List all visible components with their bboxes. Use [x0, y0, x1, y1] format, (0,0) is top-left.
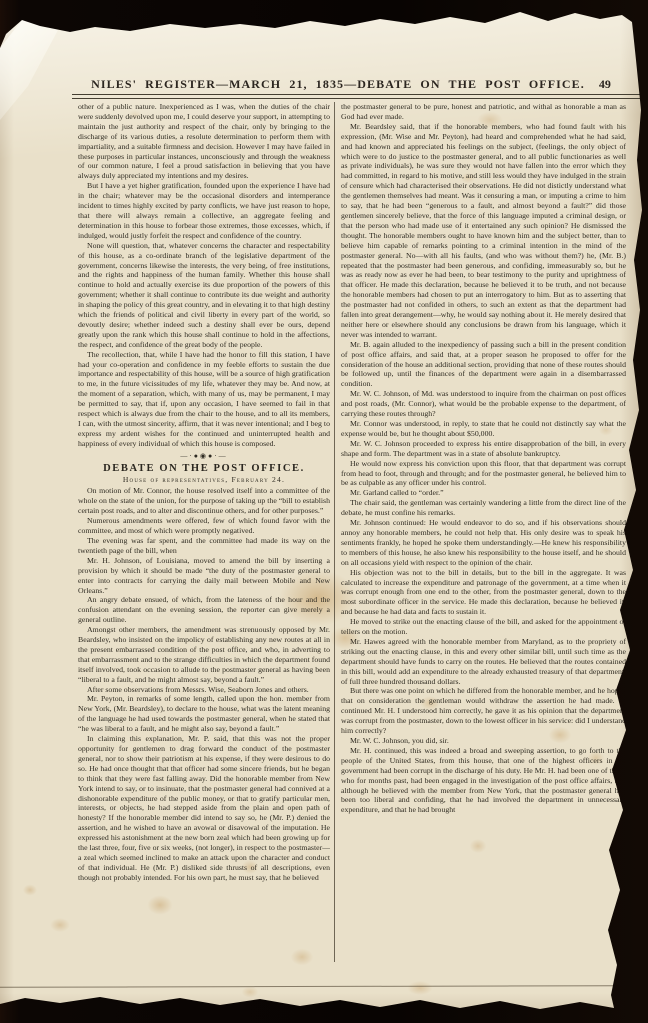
paragraph: Mr. Peyton, in remarks of some length, c…: [78, 694, 330, 734]
article-subheading: House of representatives, February 24.: [78, 475, 330, 485]
paragraph: None will question, that, whatever conce…: [78, 241, 330, 350]
paragraph: But I have a yet higher gratification, f…: [78, 181, 330, 240]
header-rule: [72, 94, 642, 99]
page-number: 49: [599, 77, 611, 91]
ornament-divider: —·●◉●·—: [78, 452, 330, 462]
paragraph: Mr. W. C. Johnson, you did, sir.: [341, 736, 626, 746]
article-heading: DEBATE ON THE POST OFFICE.: [78, 464, 330, 474]
paragraph: The evening was far spent, and the commi…: [78, 536, 330, 556]
folded-corner: [0, 14, 70, 129]
left-column: other of a public nature. Inexperienced …: [78, 102, 330, 968]
paragraph: Mr. Beardsley said, that if the honorabl…: [341, 122, 626, 340]
paragraph: The recollection, that, while I have had…: [78, 350, 330, 449]
right-column: the postmaster general to be pure, hones…: [341, 102, 626, 962]
paper-crease: [0, 985, 616, 988]
running-header: NILES' REGISTER—MARCH 21, 1835—DEBATE ON…: [70, 77, 632, 92]
column-divider-rule: [334, 102, 335, 962]
paragraph: the postmaster general to be pure, hones…: [341, 102, 626, 122]
paragraph: But there was one point on which he diff…: [341, 686, 626, 736]
paragraph: On motion of Mr. Connor, the house resol…: [78, 486, 330, 516]
paragraph: In claiming this explanation, Mr. P. sai…: [78, 734, 330, 883]
paragraph: other of a public nature. Inexperienced …: [78, 102, 330, 181]
paragraph: Mr. Connor was understood, in reply, to …: [341, 419, 626, 439]
paragraph: Mr. W. C. Johnson, of Md. was understood…: [341, 389, 626, 419]
paragraph: Mr. W. C. Johnson proceeded to express h…: [341, 439, 626, 459]
paragraph: He would now express his conviction upon…: [341, 459, 626, 489]
paragraph: Mr. Johnson continued: He would endeavor…: [341, 518, 626, 568]
paragraph: After some observations from Messrs. Wis…: [78, 685, 330, 695]
paragraph: His objection was not to the bill in det…: [341, 568, 626, 618]
paragraph: Mr. H. Johnson, of Louisiana, moved to a…: [78, 556, 330, 596]
paragraph: Mr. Garland called to “order.”: [341, 488, 626, 498]
newspaper-page: NILES' REGISTER—MARCH 21, 1835—DEBATE ON…: [0, 0, 648, 1023]
paragraph: Numerous amendments were offered, few of…: [78, 516, 330, 536]
paragraph: Mr. B. again alluded to the inexpediency…: [341, 340, 626, 390]
paragraph: Mr. Hawes agreed with the honorable memb…: [341, 637, 626, 687]
paragraph: He moved to strike out the enacting clau…: [341, 617, 626, 637]
paragraph: Amongst other members, the amendment was…: [78, 625, 330, 684]
paragraph: The chair said, the gentleman was certai…: [341, 498, 626, 518]
paragraph: Mr. H. continued, this was indeed a broa…: [341, 746, 626, 815]
header-title: NILES' REGISTER—MARCH 21, 1835—DEBATE ON…: [91, 77, 585, 91]
paragraph: An angry debate ensued, of which, from t…: [78, 595, 330, 625]
